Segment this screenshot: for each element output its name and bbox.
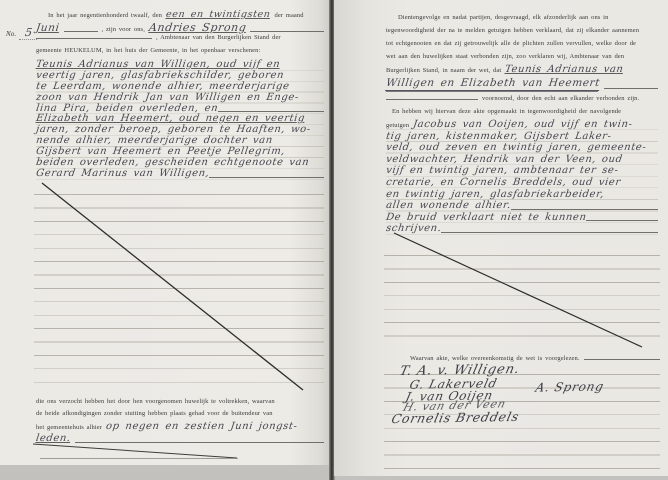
printed-text: tegenwoordigheid der na te melden getuig… <box>386 27 639 34</box>
printed-text: gemeente HEUKELUM, in het huis der Gemee… <box>36 47 260 54</box>
printed-text: , Ambtenaar van den Burgerlijken Stand d… <box>156 34 281 41</box>
witness-line: cretarie, en Cornelis Breddels, oud vier <box>386 177 658 189</box>
printed-text: wet aan den huwelijken staat verbonden z… <box>386 53 624 60</box>
act-number: No. 5 <box>6 26 38 40</box>
blank-rule <box>36 38 152 39</box>
printed-text: In het jaar negentienhonderd twaalf, den <box>48 12 162 19</box>
handwritten-month: Juni <box>35 22 60 34</box>
groom-bride-entry: Teunis Adrianus van Willigen, oud vijf e… <box>36 60 324 180</box>
pronouncement-line-1: Dientengevolge en nadat partijen, desgev… <box>398 14 608 21</box>
pronouncement-line-5: Burgerlijken Stand, in naam der wet, dat… <box>386 64 658 75</box>
signature-witness-breddels: Cornelis Breddels <box>390 409 521 426</box>
intro-line-3: , Ambtenaar van den Burgerlijken Stand d… <box>36 34 324 41</box>
intro-line-4: gemeente HEUKELUM, in het huis der Gemee… <box>36 47 324 54</box>
closing-paragraph: die ons verzocht hebben het door hen voo… <box>36 396 324 445</box>
handwritten-text: zoon van Hendrik Jan van Willigen en Eng… <box>35 93 299 104</box>
left-page: No. 5 In het jaar negentienhonderd twaal… <box>0 0 330 465</box>
handwritten-text: Gerard Marinus van Willigen, <box>35 169 210 180</box>
blank-ruled-area <box>384 243 660 349</box>
strike-diagonal <box>33 444 237 458</box>
blank-rule <box>250 31 324 32</box>
printed-text: Waarvan akte, welke overeenkomstig de we… <box>410 355 580 362</box>
blank-rule <box>586 220 658 221</box>
closing-line-4: leden. <box>36 433 324 445</box>
witness-line: veld, oud zeven en twintig jaren, gemeen… <box>386 142 658 154</box>
blank-rule <box>441 232 658 233</box>
printed-text: getuigen <box>386 120 409 132</box>
pronouncement-line-3: tot echtgenooten en dat zij getrouwelijk… <box>386 40 636 47</box>
entry-line: Gerard Marinus van Willigen, <box>36 169 324 180</box>
witness-line: tig jaren, kistenmaker, Gijsbert Laker- <box>386 131 658 143</box>
handwritten-date: een en twintigsten <box>165 9 271 20</box>
right-page: Dientengevolge en nadat partijen, desgev… <box>334 0 668 476</box>
handwritten-official-name: Andries Sprong <box>148 21 247 34</box>
handwritten-text: veld, oud zeven en twintig jaren, gemeen… <box>385 142 647 154</box>
blank-ruled-area <box>34 182 324 392</box>
blank-rule <box>209 177 324 178</box>
handwritten-text: leden. <box>35 433 71 444</box>
intro-line-1: In het jaar negentienhonderd twaalf, den… <box>48 9 324 20</box>
witness-line: De bruid verklaart niet te kunnen <box>386 212 658 224</box>
witness-line: allen wonende alhier. <box>386 200 658 212</box>
handwritten-text: De bruid verklaart niet te kunnen <box>385 212 587 224</box>
handwritten-text: cretarie, en Cornelis Breddels, oud vier <box>385 177 621 189</box>
handwritten-text: veldwachter, Hendrik van der Veen, oud <box>385 154 623 166</box>
witness-line: en twintig jaren, glasfabriekarbeider, <box>386 189 658 201</box>
witnesses-intro-line: En hebben wij hiervan deze akte opgemaak… <box>392 108 621 115</box>
intro-line-2: Juni , zijn voor ons, Andries Sprong <box>36 21 324 34</box>
printed-text: het gemeentehuis alhier <box>36 424 102 431</box>
handwritten-text: allen wonende alhier. <box>385 200 512 212</box>
printed-text: , zijn voor ons, <box>102 26 145 33</box>
printed-text: Burgerlijken Stand, in naam der wet, dat <box>386 67 501 74</box>
closing-line-3: het gemeentehuis alhier op negen en zest… <box>36 421 324 433</box>
signature-official: A. Sprong <box>534 379 605 394</box>
printed-text: de beide afkondigingen zonder stuiting h… <box>36 408 324 420</box>
marriage-act-scan: No. 5 In het jaar negentienhonderd twaal… <box>0 0 668 480</box>
printed-text: Dientengevolge en nadat partijen, desgev… <box>398 14 608 21</box>
witness-line: veldwachter, Hendrik van der Veen, oud <box>386 154 658 166</box>
couple-names-line: Willigen en Elizabeth van Heemert <box>386 77 658 91</box>
blank-rule <box>75 442 324 443</box>
witnesses-paragraph: getuigen Jacobus van Ooijen, oud vijf en… <box>386 119 658 235</box>
pronouncement-line-4: wet aan den huwelijken staat verbonden z… <box>386 53 624 60</box>
printed-text: voornoemd, door den echt aan elkander ve… <box>482 95 639 102</box>
handwritten-publication-dates: op negen en zestien Juni jongst- <box>105 421 298 432</box>
handwritten-text: en twintig jaren, glasfabriekarbeider, <box>385 189 605 201</box>
blank-rule <box>584 359 660 360</box>
handwritten-text: Jacobus van Ooijen, oud vijf en twin- <box>412 119 633 131</box>
printed-text: En hebben wij hiervan deze akte opgemaak… <box>392 108 621 115</box>
printed-text: tot echtgenooten en dat zij getrouwelijk… <box>386 40 636 47</box>
blank-rule <box>386 99 478 100</box>
handwritten-couple-names: Willigen en Elizabeth van Heemert <box>385 77 601 91</box>
witness-line: schrijven. <box>386 223 658 235</box>
pronouncement-line-2: tegenwoordigheid der na te melden getuig… <box>386 27 639 34</box>
blank-rule <box>604 88 658 89</box>
printed-text: der maand <box>274 12 303 19</box>
witness-line: vijf en twintig jaren, ambtenaar ter se- <box>386 165 658 177</box>
waarvan-akte-line: Waarvan akte, welke overeenkomstig de we… <box>410 355 660 362</box>
voornoemd-line: voornoemd, door den echt aan elkander ve… <box>386 95 658 102</box>
entry-line: zoon van Hendrik Jan van Willigen en Eng… <box>36 93 324 104</box>
handwritten-groom-name: Teunis Adrianus van <box>505 64 625 75</box>
act-number-label: No. <box>6 30 16 38</box>
handwritten-text: tig jaren, kistenmaker, Gijsbert Laker- <box>385 131 612 143</box>
handwritten-text: schrijven. <box>385 223 442 235</box>
blank-rule <box>64 31 98 32</box>
printed-text: die ons verzocht hebben het door hen voo… <box>36 396 324 408</box>
handwritten-text: vijf en twintig jaren, ambtenaar ter se- <box>385 165 619 177</box>
blank-rule <box>511 209 658 210</box>
witness-line: getuigen Jacobus van Ooijen, oud vijf en… <box>386 119 658 131</box>
